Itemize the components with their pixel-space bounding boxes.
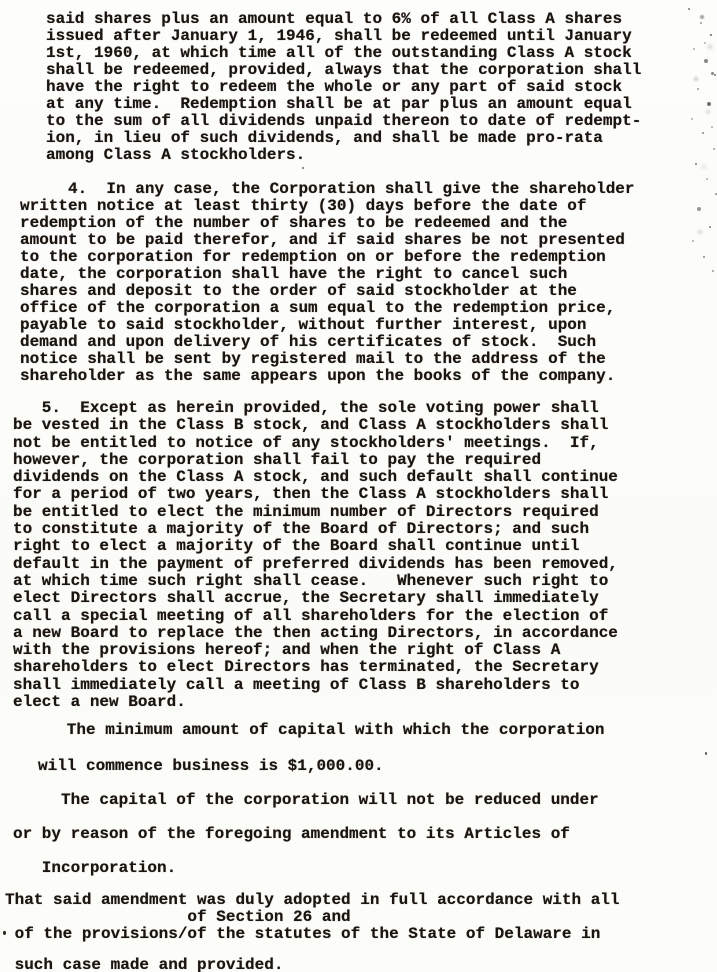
text-line: such case made and provided. bbox=[5, 957, 620, 972]
text-line: 1st, 1960, at which time all of the outs… bbox=[46, 45, 641, 62]
text-line: or by reason of the foregoing amendment … bbox=[13, 826, 599, 843]
scan-smudge bbox=[700, 15, 704, 19]
text-line: shall immediately call a meeting of Clas… bbox=[13, 677, 618, 694]
text-line: payable to said stockholder, without fur… bbox=[20, 317, 635, 334]
text-line: The capital of the corporation will not … bbox=[13, 792, 599, 809]
text-line: shareholders to elect Directors has term… bbox=[13, 659, 618, 676]
text-line: amount to be paid therefor, and if said … bbox=[20, 232, 635, 249]
text-line: at any time. Redemption shall be at par … bbox=[46, 96, 641, 113]
text-line: right to elect a majority of the Board s… bbox=[13, 538, 618, 555]
text-line: office of the corporation a sum equal to… bbox=[20, 300, 635, 317]
text-line: will commence business is $1,000.00. bbox=[38, 758, 605, 775]
text-line: issued after January 1, 1946, shall be r… bbox=[46, 28, 641, 45]
text-line: at which time such right shall cease. Wh… bbox=[13, 573, 618, 590]
text-line: 4. In any case, the Corporation shall gi… bbox=[20, 181, 635, 198]
text-line: shares and deposit to the order of said … bbox=[20, 283, 635, 300]
text-line: notice shall be sent by registered mail … bbox=[20, 351, 635, 368]
scanned-document-page: said shares plus an amount equal to 6% o… bbox=[0, 0, 717, 972]
text-line: dividends on the Class A stock, and such… bbox=[13, 469, 618, 486]
text-line: redemption of the number of shares to be… bbox=[20, 215, 635, 232]
text-line: of Section 26 and bbox=[5, 909, 620, 926]
text-line: have the right to redeem the whole or an… bbox=[46, 79, 641, 96]
text-line: ion, in lieu of such dividends, and shal… bbox=[46, 130, 641, 147]
text-line: elect a new Board. bbox=[13, 694, 618, 711]
text-line: however, the corporation shall fail to p… bbox=[13, 452, 618, 469]
text-line: elect Directors shall accrue, the Secret… bbox=[13, 590, 618, 607]
paragraph-minimum-capital: The minimum amount of capital with which… bbox=[38, 722, 605, 794]
text-line: to the sum of all dividends unpaid there… bbox=[46, 113, 641, 130]
paragraph-5-voting-power: 5. Except as herein provided, the sole v… bbox=[13, 400, 618, 711]
text-line: demand and upon delivery of his certific… bbox=[20, 334, 635, 351]
text-line: to the corporation for redemption on or … bbox=[20, 249, 635, 266]
text-line: among Class A stockholders. bbox=[46, 147, 641, 164]
text-line: shall be redeemed, provided, always that… bbox=[46, 62, 641, 79]
text-line: a new Board to replace the then acting D… bbox=[13, 625, 618, 642]
text-line: The minimum amount of capital with which… bbox=[38, 722, 605, 739]
text-line: be vested in the Class B stock, and Clas… bbox=[13, 417, 618, 434]
text-line: default in the payment of preferred divi… bbox=[13, 556, 618, 573]
scan-dot bbox=[302, 167, 304, 169]
scan-noise-speckles bbox=[688, 8, 690, 10]
closing-statement: That said amendment was duly adopted in … bbox=[5, 892, 620, 972]
scan-dot bbox=[3, 931, 6, 935]
text-line: be entitled to elect the minimum number … bbox=[13, 504, 618, 521]
text-line: That said amendment was duly adopted in … bbox=[5, 892, 620, 909]
text-line: said shares plus an amount equal to 6% o… bbox=[46, 11, 641, 28]
paragraph-redemption-continuation: said shares plus an amount equal to 6% o… bbox=[46, 11, 641, 164]
text-line: written notice at least thirty (30) days… bbox=[20, 198, 635, 215]
paragraph-4-redemption-notice: 4. In any case, the Corporation shall gi… bbox=[20, 181, 635, 385]
text-line: not be entitled to notice of any stockho… bbox=[13, 435, 618, 452]
text-line: date, the corporation shall have the rig… bbox=[20, 266, 635, 283]
text-line: for a period of two years, then the Clas… bbox=[13, 486, 618, 503]
text-line: with the provisions hereof; and when the… bbox=[13, 642, 618, 659]
text-line: shareholder as the same appears upon the… bbox=[20, 368, 635, 385]
text-line: of the provisions/of the statutes of the… bbox=[5, 926, 620, 943]
paragraph-capital-not-reduced: The capital of the corporation will not … bbox=[13, 792, 599, 894]
text-line: Incorporation. bbox=[13, 860, 599, 877]
text-line: to constitute a majority of the Board of… bbox=[13, 521, 618, 538]
scan-dot bbox=[705, 752, 707, 755]
scan-dot bbox=[711, 72, 714, 75]
text-line: call a special meeting of all shareholde… bbox=[13, 608, 618, 625]
text-line: 5. Except as herein provided, the sole v… bbox=[13, 400, 618, 417]
